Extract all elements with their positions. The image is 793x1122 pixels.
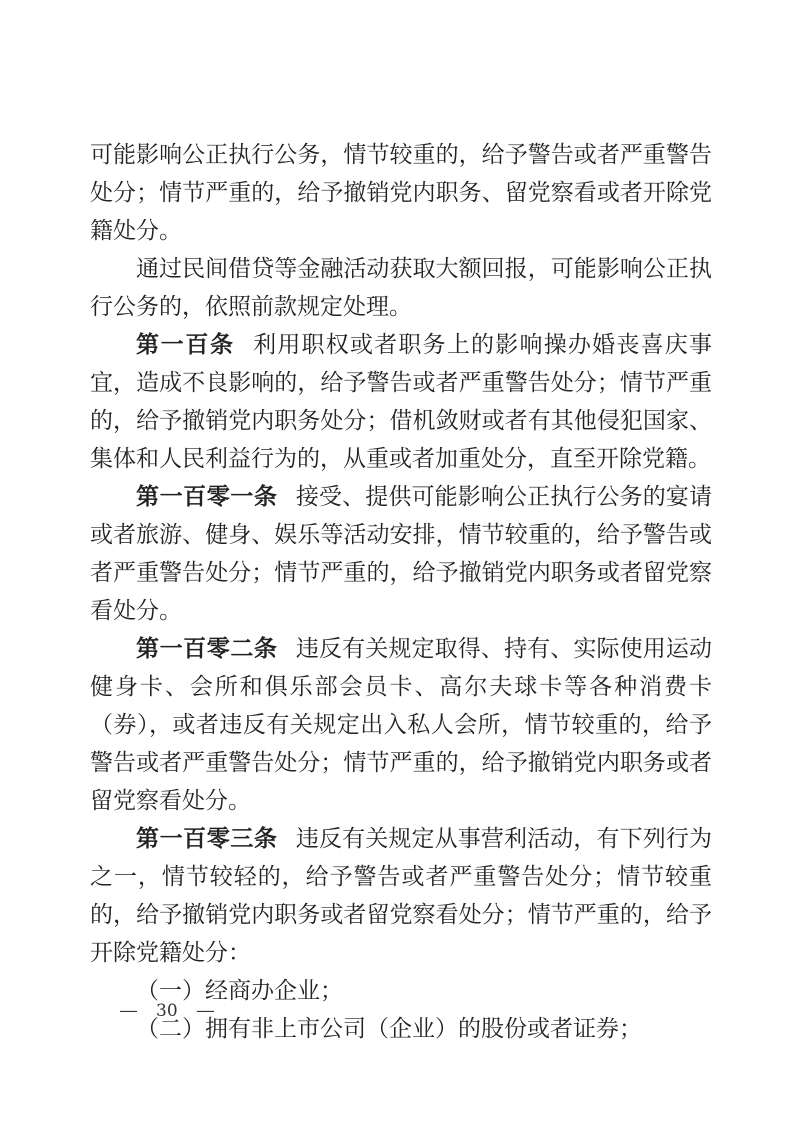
article-102-heading: 第一百零二条 — [136, 636, 278, 662]
page-content: 可能影响公正执行公务，情节较重的，给予警告或者严重警告处分；情节严重的，给予撤销… — [90, 136, 712, 1048]
article-103: 第一百零三条违反有关规定从事营利活动，有下列行为之一，情节较轻的，给予警告或者严… — [90, 820, 712, 972]
footer-dash-right: — — [196, 1001, 215, 1021]
paragraph-loan-activities: 通过民间借贷等金融活动获取大额回报，可能影响公正执行公务的，依照前款规定处理。 — [90, 250, 712, 326]
footer-dash-left: — — [119, 1001, 138, 1021]
article-102-text: 违反有关规定取得、持有、实际使用运动健身卡、会所和俱乐部会员卡、高尔夫球卡等各种… — [90, 636, 712, 814]
article-100: 第一百条利用职权或者职务上的影响操办婚丧喜庆事宜，造成不良影响的，给予警告或者严… — [90, 326, 712, 478]
article-102: 第一百零二条违反有关规定取得、持有、实际使用运动健身卡、会所和俱乐部会员卡、高尔… — [90, 630, 712, 820]
article-101-heading: 第一百零一条 — [136, 484, 278, 510]
page-number: 30 — [156, 1001, 178, 1021]
article-103-heading: 第一百零三条 — [136, 826, 278, 852]
paragraph-continuation: 可能影响公正执行公务，情节较重的，给予警告或者严重警告处分；情节严重的，给予撤销… — [90, 136, 712, 250]
document-page: 可能影响公正执行公务，情节较重的，给予警告或者严重警告处分；情节严重的，给予撤销… — [0, 0, 793, 1122]
article-101: 第一百零一条接受、提供可能影响公正执行公务的宴请或者旅游、健身、娱乐等活动安排，… — [90, 478, 712, 630]
page-footer: — 30 — — [120, 1001, 214, 1021]
article-100-heading: 第一百条 — [136, 332, 235, 358]
